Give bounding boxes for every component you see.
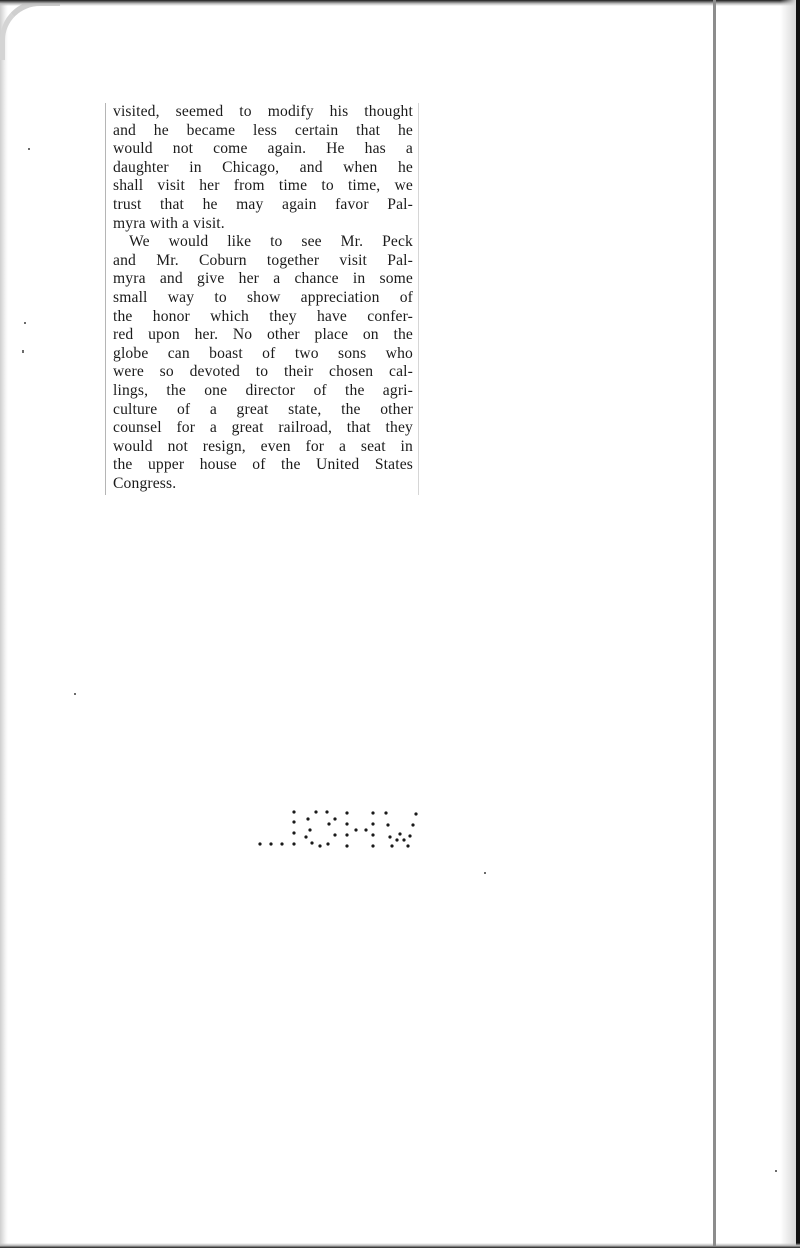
scan-speck: [28, 148, 30, 150]
clipping-line: and he became less certain that he: [113, 122, 413, 141]
clipping-line: lings, the one director of the agri-: [113, 382, 413, 401]
clipping-line: and Mr. Coburn together visit Pal-: [113, 252, 413, 271]
page-right-edge-fade: [780, 0, 796, 1248]
clipping-line: red upon her. No other place on the: [113, 326, 413, 345]
scan-speck: [74, 693, 76, 695]
clipping-line: culture of a great state, the other: [113, 401, 413, 420]
page-top-edge-shadow: [0, 0, 800, 6]
clipping-text: visited, seemed to modify his thoughtand…: [113, 103, 413, 493]
clipping-line: the upper house of the United States: [113, 456, 413, 475]
page-corner-shadow: [0, 0, 60, 60]
clipping-line: counsel for a great railroad, that they: [113, 419, 413, 438]
clipping-line: the honor which they have confer-: [113, 308, 413, 327]
clipping-line: globe can boast of two sons who: [113, 345, 413, 364]
scan-speck: [484, 872, 486, 874]
scan-speck: [24, 322, 26, 324]
newspaper-clipping: visited, seemed to modify his thoughtand…: [105, 103, 419, 495]
clipping-line: were so devoted to their chosen cal-: [113, 363, 413, 382]
clipping-line: would not come again. He has a: [113, 140, 413, 159]
clipping-line: We would like to see Mr. Peck: [113, 233, 413, 252]
clipping-line: myra and give her a chance in some: [113, 270, 413, 289]
clipping-line: myra with a visit.: [113, 215, 413, 234]
page-left-edge-shadow: [0, 0, 8, 1248]
page-bottom-edge-shadow: [0, 1243, 800, 1248]
clipping-line: visited, seemed to modify his thought: [113, 103, 413, 122]
binding-line: [713, 0, 716, 1246]
clipping-line: trust that he may again favor Pal-: [113, 196, 413, 215]
scan-speck: [22, 350, 24, 353]
page-right-edge-shadow: [796, 0, 800, 1248]
perforated-initials-icon: [258, 806, 418, 852]
clipping-line: small way to show appreciation of: [113, 289, 413, 308]
perforated-stamp: [258, 806, 418, 852]
clipping-line: daughter in Chicago, and when he: [113, 159, 413, 178]
clipping-line: shall visit her from time to time, we: [113, 177, 413, 196]
clipping-line: would not resign, even for a seat in: [113, 438, 413, 457]
scan-speck: [775, 1170, 777, 1172]
clipping-line: Congress.: [113, 475, 413, 494]
